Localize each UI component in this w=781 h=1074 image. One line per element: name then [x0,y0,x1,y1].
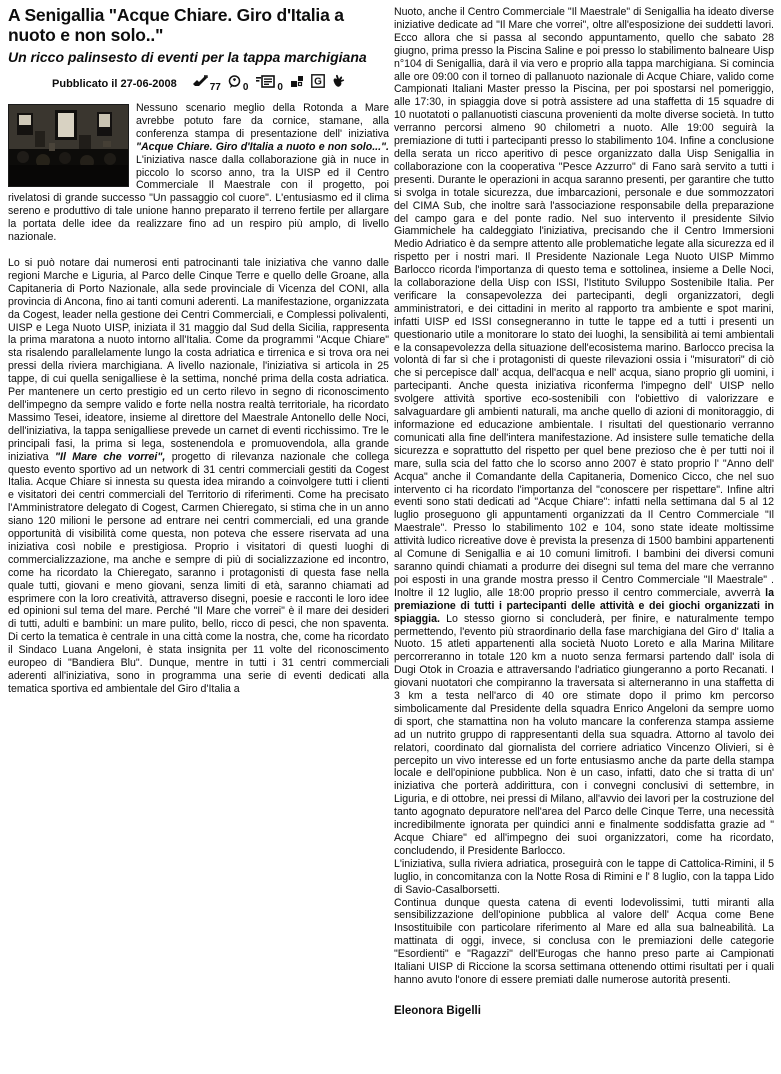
text-run: Lo si può notare dai numerosi enti patro… [8,257,389,463]
svg-text:G: G [314,77,322,88]
text-run: Continua dunque questa catena di eventi … [394,897,774,986]
send-print-icon[interactable] [255,75,275,93]
right-column: Nuoto, anche il Centro Commerciale "Il M… [394,0,774,1018]
comments-count: 0 [243,82,249,93]
article-body-left: Nessuno scenario meglio della Rotonda a … [8,102,389,696]
page-title: A Senigallia "Acque Chiare. Giro d'Itali… [8,6,389,46]
text-run-bold-italic: "Il Mare che vorrei", [55,451,165,463]
article-body-right: Nuoto, anche il Centro Commerciale "Il M… [394,6,774,1018]
views-count: 77 [210,82,221,93]
views-hand-icon[interactable] [192,75,208,93]
text-run: Lo stesso giorno si concluderà, per fini… [394,613,774,857]
forward-count: 0 [277,82,283,93]
conference-photo [8,104,129,187]
text-run: Nuoto, anche il Centro Commerciale "Il M… [394,6,774,599]
views-stat: 77 [192,75,221,93]
paragraph-2: Lo si può notare dai numerosi enti patro… [8,257,389,696]
left-column: A Senigallia "Acque Chiare. Giro d'Itali… [8,0,389,709]
article-meta-bar: Pubblicato il 27-06-2008 77 0 0 G [8,74,389,93]
published-date: Pubblicato il 27-06-2008 [52,78,177,90]
text-run-bold-italic: "Acque Chiare. Giro d'Italia a nuoto e n… [136,141,389,153]
paragraph-1: Nessuno scenario meglio della Rotonda a … [8,102,389,244]
oknotizie-hand-icon[interactable] [332,74,345,93]
forward-stat: 0 [255,75,283,93]
comments-stat: 0 [228,75,249,93]
text-run: progetto di rilevanza nazionale che coll… [8,451,389,695]
paragraph-3: Nuoto, anche il Centro Commerciale "Il M… [394,6,774,858]
author-byline: Eleonora Bigelli [394,1005,774,1018]
share-blocks-icon[interactable] [290,75,304,93]
text-run: L'iniziativa, sulla riviera adriatica, p… [394,858,774,896]
paragraph-5: Continua dunque questa catena di eventi … [394,897,774,987]
google-bookmark-icon[interactable]: G [311,74,325,93]
text-run: Nessuno scenario meglio della Rotonda a … [136,102,389,140]
comments-icon[interactable] [228,75,241,93]
article-subtitle: Un ricco palinsesto di eventi per la tap… [8,49,389,66]
paragraph-4: L'iniziativa, sulla riviera adriatica, p… [394,858,774,897]
